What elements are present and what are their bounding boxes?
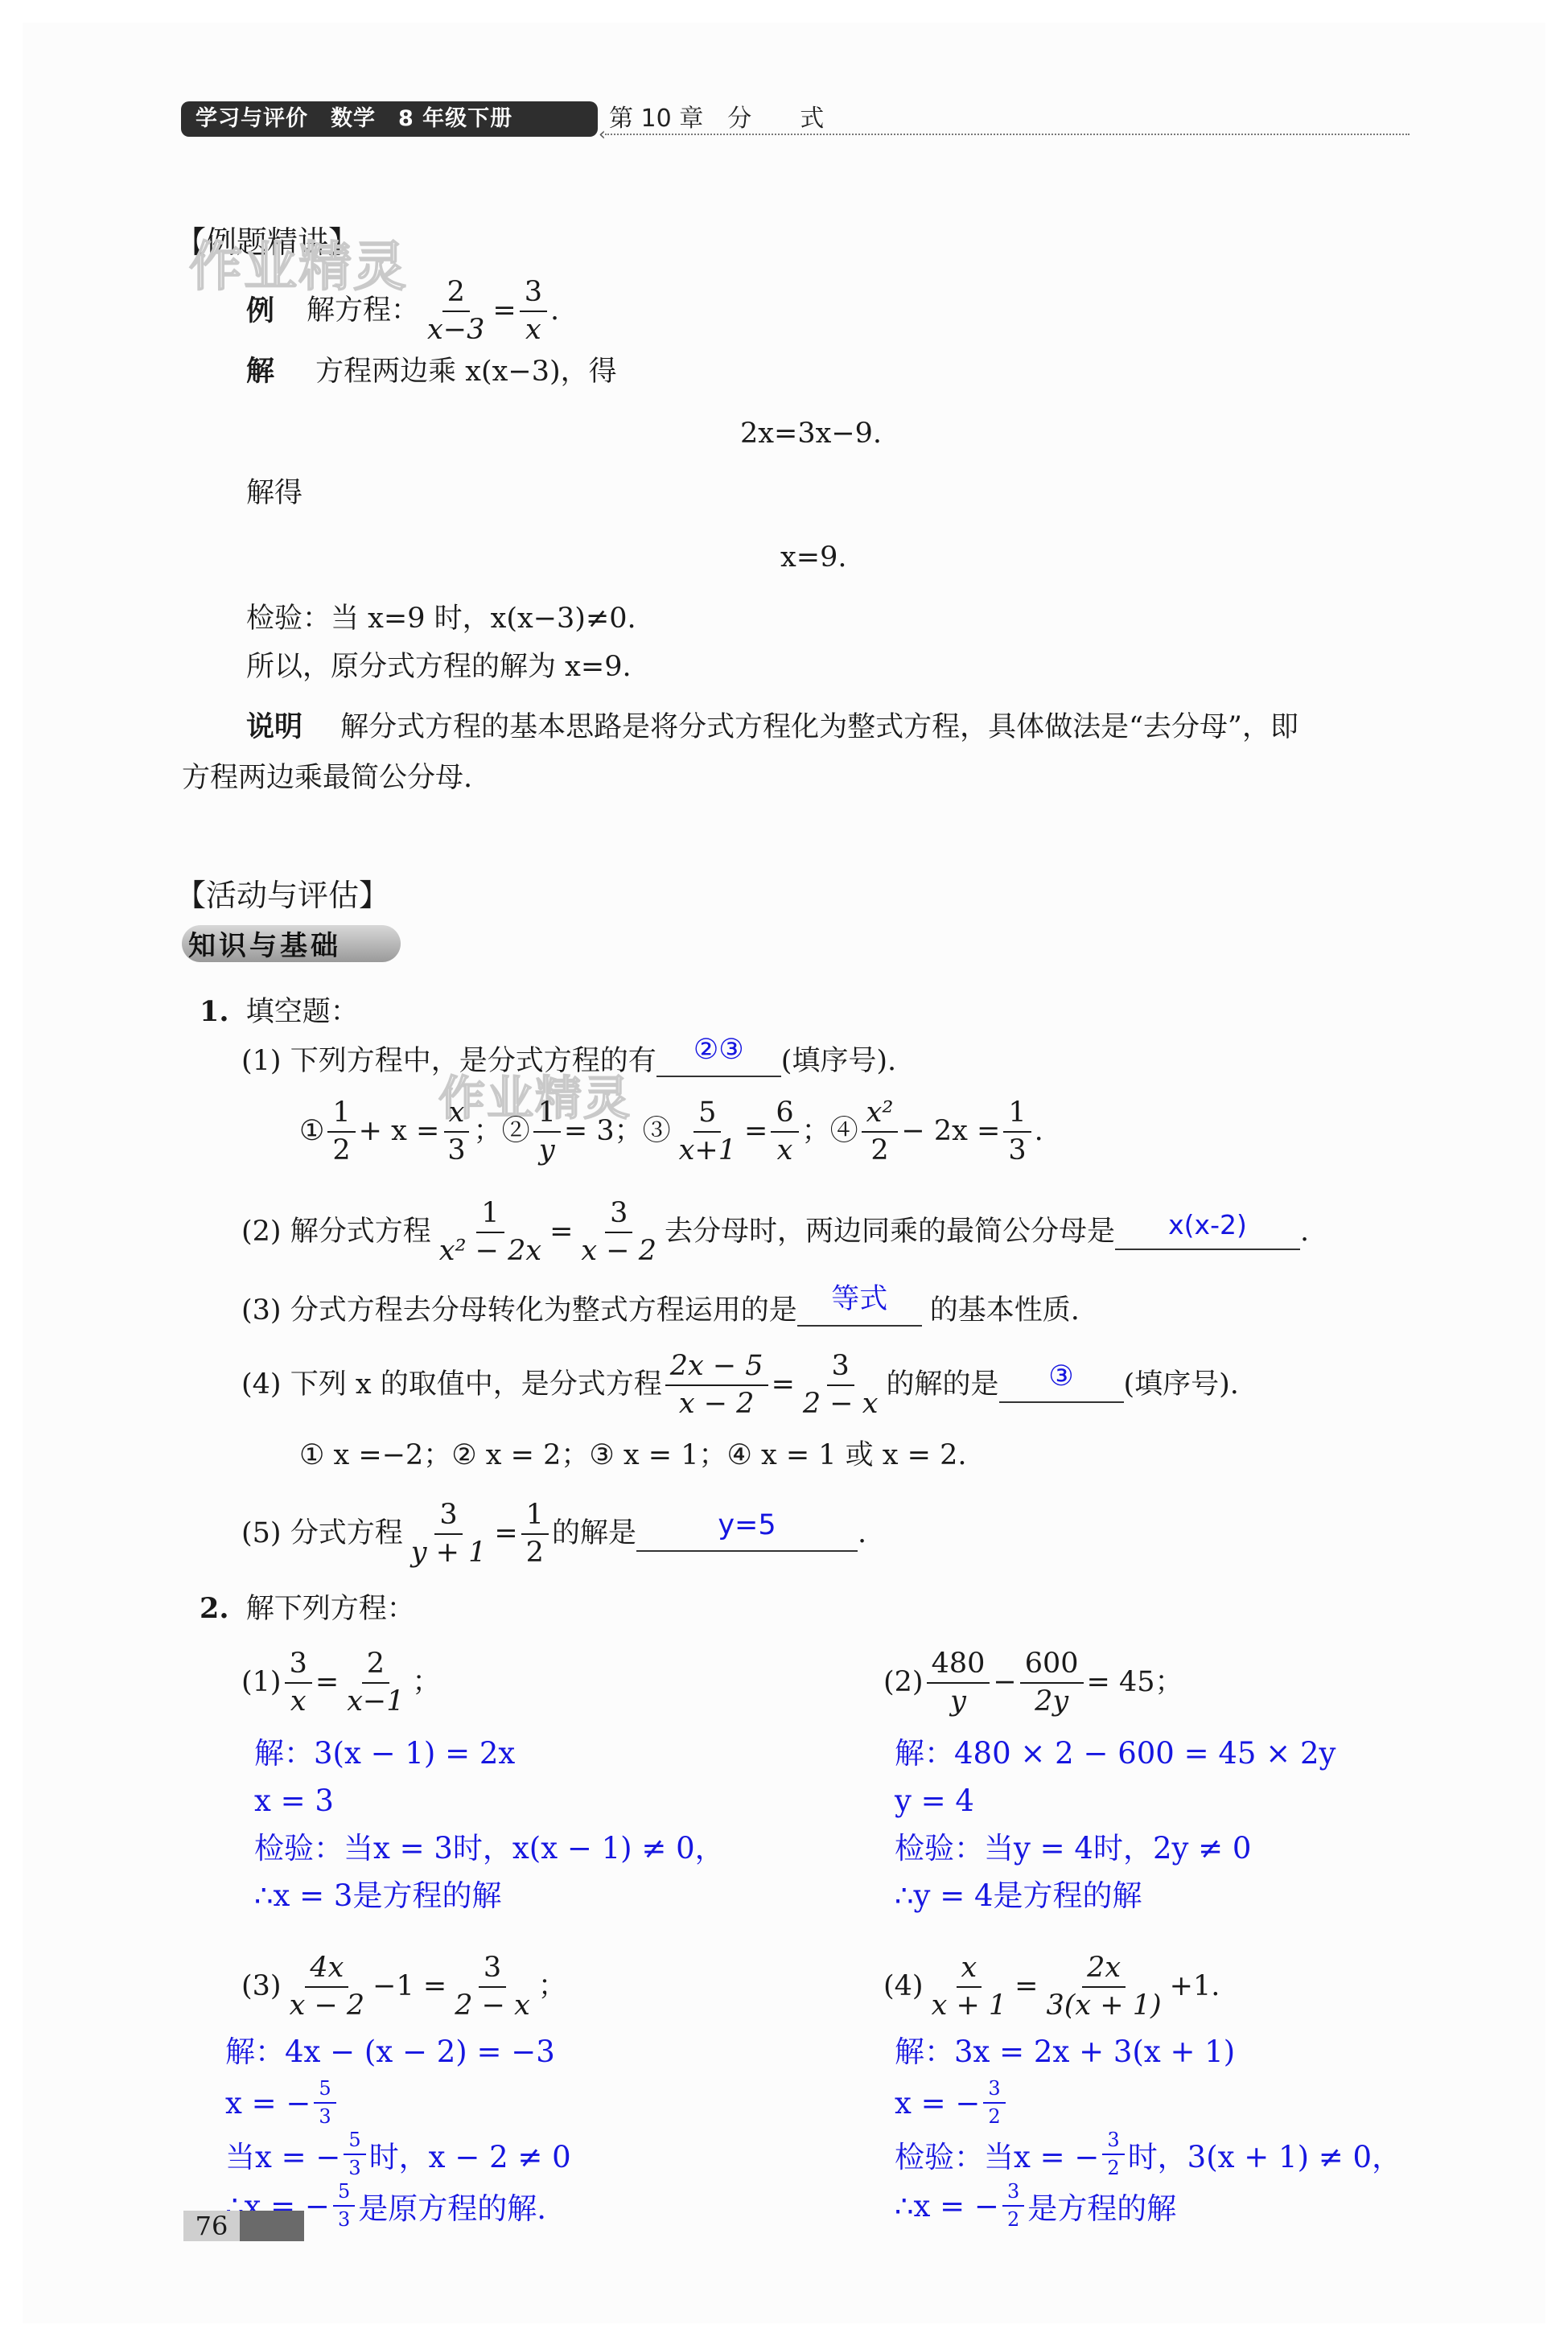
numerator: 1 — [521, 1500, 549, 1535]
period: . — [858, 1520, 866, 1548]
expr: = 3；③ — [564, 1117, 671, 1146]
denominator: y — [534, 1133, 560, 1166]
answer-line: x = 3 — [254, 1777, 725, 1825]
q1-part2-mid: 去分母时，两边同乘的最简公分母是 — [665, 1218, 1115, 1246]
denominator: 2 — [1102, 2155, 1124, 2178]
solution-text: 方程两边乘 x(x−3)，得 — [315, 356, 617, 388]
numerator: 3 — [1002, 2182, 1024, 2207]
q2-title: 解下列方程： — [246, 1593, 415, 1625]
denominator: 2 − x — [450, 1988, 535, 2021]
q2-answer-3: 解：4x − (x − 2) = −3 x = −53 当x = −53时，x … — [225, 2027, 571, 2232]
answer-line: 解：480 × 2 − 600 = 45 × 2y — [895, 1730, 1335, 1777]
denominator: y + 1 — [406, 1535, 492, 1568]
q2-problem-4: (4) xx + 1 = 2x3(x + 1) +1. — [883, 1953, 1220, 2021]
operator: −1 = — [372, 1973, 447, 2001]
expr: ∴x = − — [895, 2189, 999, 2224]
q1-part5-mid: 的解是 — [552, 1520, 636, 1548]
numerator: 4x — [305, 1953, 348, 1988]
tail: ； — [538, 1973, 566, 2001]
answer-line: 检验：当x = −32时，3(x + 1) ≠ 0， — [895, 2129, 1401, 2180]
equation-1: 2x=3x−9. — [740, 420, 882, 448]
note-line-2: 方程两边乘最简公分母. — [182, 764, 472, 792]
equals: = — [772, 1371, 795, 1399]
answer-line: ∴x = −32是方程的解 — [895, 2180, 1401, 2232]
numerator: 600 — [1020, 1649, 1084, 1684]
q1-part4-text: (4) 下列 x 的取值中，是分式方程 — [241, 1371, 662, 1399]
numerator: 2 — [362, 1649, 389, 1684]
expr: 当x = − — [225, 2133, 340, 2176]
answer-blank[interactable]: x(x-2) — [1115, 1215, 1300, 1250]
problem-label: (1) — [241, 1668, 282, 1697]
example-text: 解方程： — [307, 297, 419, 325]
q2-answer-4: 解：3x = 2x + 3(x + 1) x = −32 检验：当x = −32… — [895, 2027, 1401, 2232]
answer-line: 检验：当y = 4时，2y ≠ 0 — [895, 1825, 1335, 1872]
operator: = — [315, 1668, 339, 1697]
denominator: 2 — [327, 1133, 355, 1166]
answer-blank[interactable]: ②③ — [656, 1047, 781, 1077]
answer-line: y = 4 — [895, 1777, 1335, 1825]
numerator: 3 — [434, 1500, 462, 1535]
operator: − — [993, 1668, 1016, 1697]
q1-heading: 1. 填空题： — [200, 998, 359, 1026]
denominator: 2 — [521, 1535, 549, 1568]
q1-number: 1. — [200, 995, 229, 1028]
numerator: 1 — [327, 1098, 355, 1133]
header-dotted-rule — [605, 134, 1410, 135]
section-title-activity: 【活动与评估】 — [175, 870, 389, 915]
numerator: 3 — [983, 2079, 1005, 2104]
q2-heading: 2. 解下列方程： — [200, 1594, 415, 1623]
answer-blank[interactable]: y=5 — [636, 1516, 858, 1552]
q2-problem-2: (2) 480y − 6002y = 45； — [883, 1649, 1183, 1717]
q1-part2-text: (2) 解分式方程 — [241, 1218, 431, 1246]
handwritten-answer: 等式 — [831, 1283, 887, 1315]
solution-line: 解 方程两边乘 x(x−3)，得 — [246, 357, 617, 386]
denominator: x + 1 — [927, 1988, 1012, 2021]
page-number: 76 — [183, 2211, 240, 2241]
expr: 时，x − 2 ≠ 0 — [369, 2133, 571, 2176]
denominator: 3 — [1003, 1133, 1031, 1166]
expr: = — [744, 1117, 768, 1146]
expr: 检验：当x = − — [895, 2133, 1099, 2176]
fraction: 3x — [520, 278, 547, 345]
denominator: 2 − x — [798, 1386, 883, 1419]
denominator: x − 2 — [576, 1233, 661, 1266]
q1-part1-options: ① 12 + x = x3 ；② 1y = 3；③ 5x+1 = 6x ；④ x… — [299, 1098, 1043, 1166]
q1-part3: (3) 分式方程去分母转化为整式方程运用的是等式的基本性质. — [241, 1297, 1080, 1327]
numerator: x — [444, 1098, 470, 1133]
q1-part4-options: ① x =−2；② x = 2；③ x = 1；④ x = 1 或 x = 2. — [299, 1442, 967, 1470]
denominator: x — [772, 1133, 798, 1166]
problem-label: (3) — [241, 1973, 282, 2001]
page-number-bar — [240, 2211, 304, 2241]
answer-line: x = −32 — [895, 2077, 1401, 2129]
denominator: 3 — [333, 2207, 355, 2230]
numerator: 5 — [333, 2182, 355, 2207]
denominator: x − 2 — [674, 1386, 759, 1419]
problem-label: (2) — [883, 1668, 924, 1697]
equation-2: x=9. — [780, 544, 846, 572]
numerator: 3 — [827, 1351, 854, 1386]
denominator: y — [945, 1684, 971, 1717]
numerator: 480 — [927, 1649, 990, 1684]
handwritten-answer: ③ — [1048, 1360, 1073, 1393]
numerator: 1 — [1003, 1098, 1031, 1133]
numerator: 5 — [693, 1098, 721, 1133]
equals: = — [549, 1218, 573, 1246]
check-line: 检验：当 x=9 时，x(x−3)≠0. — [246, 605, 636, 633]
fraction: 2x−3 — [422, 278, 489, 345]
q1-part2: (2) 解分式方程 1x² − 2x = 3x − 2 去分母时，两边同乘的最简… — [241, 1199, 1309, 1266]
denominator: x — [286, 1684, 311, 1717]
answer-line: 检验：当x = 3时，x(x − 1) ≠ 0， — [254, 1825, 725, 1872]
expr: + x = — [359, 1117, 440, 1146]
note-tag: 说明 — [246, 710, 302, 743]
numerator: 5 — [344, 2130, 365, 2155]
denominator: 3 — [442, 1133, 470, 1166]
denominator: 2y — [1030, 1684, 1073, 1717]
book-title-bar: 学习与评价 数学 8 年级下册 — [181, 101, 598, 137]
q1-part1-suffix: (填序号). — [781, 1045, 896, 1077]
numerator: 2x — [1082, 1953, 1126, 1988]
answer-line: 解：3(x − 1) = 2x — [254, 1730, 725, 1777]
numerator: x — [957, 1953, 982, 1988]
equals: = — [492, 297, 516, 325]
denominator: x — [521, 312, 546, 345]
q1-part5-text: (5) 分式方程 — [241, 1520, 403, 1548]
numerator: 5 — [314, 2079, 335, 2104]
period: . — [1300, 1218, 1309, 1246]
numerator: x² — [862, 1098, 899, 1133]
solve-text: 解得 — [246, 479, 302, 508]
q1-part4-mid: 的解的是 — [886, 1371, 998, 1399]
answer-line: ∴y = 4是方程的解 — [895, 1872, 1335, 1919]
note-line-1: 说明 解分式方程的基本思路是将分式方程化为整式方程，具体做法是“去分母”，即 — [246, 713, 1298, 742]
option-marker: ① — [299, 1117, 324, 1146]
handwritten-answer: ②③ — [693, 1034, 744, 1066]
q2-answer-2: 解：480 × 2 − 600 = 45 × 2y y = 4 检验：当y = … — [895, 1730, 1335, 1919]
example-problem: 例 解方程： 2x−3 = 3x . — [246, 278, 559, 345]
numerator: 3 — [285, 1649, 312, 1684]
denominator: 2 — [866, 1133, 893, 1166]
handwritten-answer: x(x-2) — [1168, 1209, 1247, 1240]
tail: ； — [413, 1668, 441, 1697]
expr: − 2x = — [901, 1117, 1000, 1146]
numerator: 1 — [476, 1199, 504, 1233]
subtitle-knowledge-basics: 知识与基础 — [188, 924, 341, 963]
numerator: 1 — [533, 1098, 561, 1133]
operator: = — [1014, 1973, 1038, 2001]
numerator: 3 — [1102, 2130, 1124, 2155]
denominator: 3 — [344, 2155, 365, 2178]
denominator: x² − 2x — [434, 1233, 546, 1266]
numerator: 3 — [520, 278, 547, 312]
q1-part4: (4) 下列 x 的取值中，是分式方程 2x − 5x − 2 = 32 − x… — [241, 1351, 1239, 1419]
expr: x = − — [225, 2086, 311, 2121]
handwritten-answer: y=5 — [718, 1509, 776, 1541]
expr: 是方程的解 — [1027, 2184, 1176, 2228]
q2-problem-3: (3) 4xx − 2 −1 = 32 − x ； — [241, 1953, 566, 2021]
answer-line: 当x = −53时，x − 2 ≠ 0 — [225, 2129, 571, 2180]
q2-answer-1: 解：3(x − 1) = 2x x = 3 检验：当x = 3时，x(x − 1… — [254, 1730, 725, 1919]
separator: ；② — [474, 1117, 530, 1146]
denominator: x+1 — [674, 1133, 741, 1166]
q1-part4-suffix: (填序号). — [1124, 1371, 1239, 1399]
tail: = 45； — [1087, 1668, 1183, 1697]
answer-line: ∴x = 3是方程的解 — [254, 1872, 725, 1919]
chapter-title: 第 10 章 分 式 — [609, 101, 824, 137]
numerator: 3 — [605, 1199, 632, 1233]
note-text: 解分式方程的基本思路是将分式方程化为整式方程，具体做法是“去分母”，即 — [340, 711, 1298, 743]
expr: x = − — [895, 2086, 980, 2121]
period: . — [550, 297, 559, 325]
answer-line: x = −53 — [225, 2077, 571, 2129]
denominator: 2 — [983, 2104, 1005, 2127]
denominator: 3 — [314, 2104, 335, 2127]
q1-part3-suffix: 的基本性质. — [930, 1294, 1080, 1327]
solution-tag: 解 — [246, 355, 274, 388]
conclusion-line: 所以，原分式方程的解为 x=9. — [246, 653, 632, 681]
denominator: x−3 — [422, 312, 489, 345]
answer-blank[interactable]: ③ — [999, 1368, 1124, 1403]
expr: 是原方程的解. — [358, 2184, 546, 2228]
example-tag: 例 — [246, 297, 274, 325]
separator: ；④ — [802, 1117, 858, 1146]
denominator: 2 — [1002, 2207, 1024, 2230]
numerator: 6 — [771, 1098, 798, 1133]
q1-part5: (5) 分式方程 3y + 1 = 12 的解是 y=5 . — [241, 1500, 866, 1568]
answer-blank[interactable]: 等式 — [797, 1297, 922, 1327]
tail: +1. — [1170, 1973, 1220, 2001]
q1-title: 填空题： — [246, 996, 359, 1028]
problem-label: (4) — [883, 1973, 924, 2001]
denominator: x−1 — [342, 1684, 409, 1717]
answer-line: 解：4x − (x − 2) = −3 — [225, 2027, 571, 2077]
numerator: 3 — [479, 1953, 506, 1988]
numerator: 2 — [442, 278, 470, 312]
numerator: 2x − 5 — [665, 1351, 768, 1386]
q2-number: 2. — [200, 1592, 229, 1625]
expr: 时，3(x + 1) ≠ 0， — [1128, 2133, 1401, 2176]
denominator: x − 2 — [285, 1988, 370, 2021]
equals: = — [494, 1520, 517, 1548]
denominator: 3(x + 1) — [1042, 1988, 1167, 2021]
answer-line: 解：3x = 2x + 3(x + 1) — [895, 2027, 1401, 2077]
period: . — [1035, 1117, 1043, 1146]
q1-part3-text: (3) 分式方程去分母转化为整式方程运用的是 — [241, 1294, 797, 1327]
q2-problem-1: (1) 3x = 2x−1 ； — [241, 1649, 441, 1717]
